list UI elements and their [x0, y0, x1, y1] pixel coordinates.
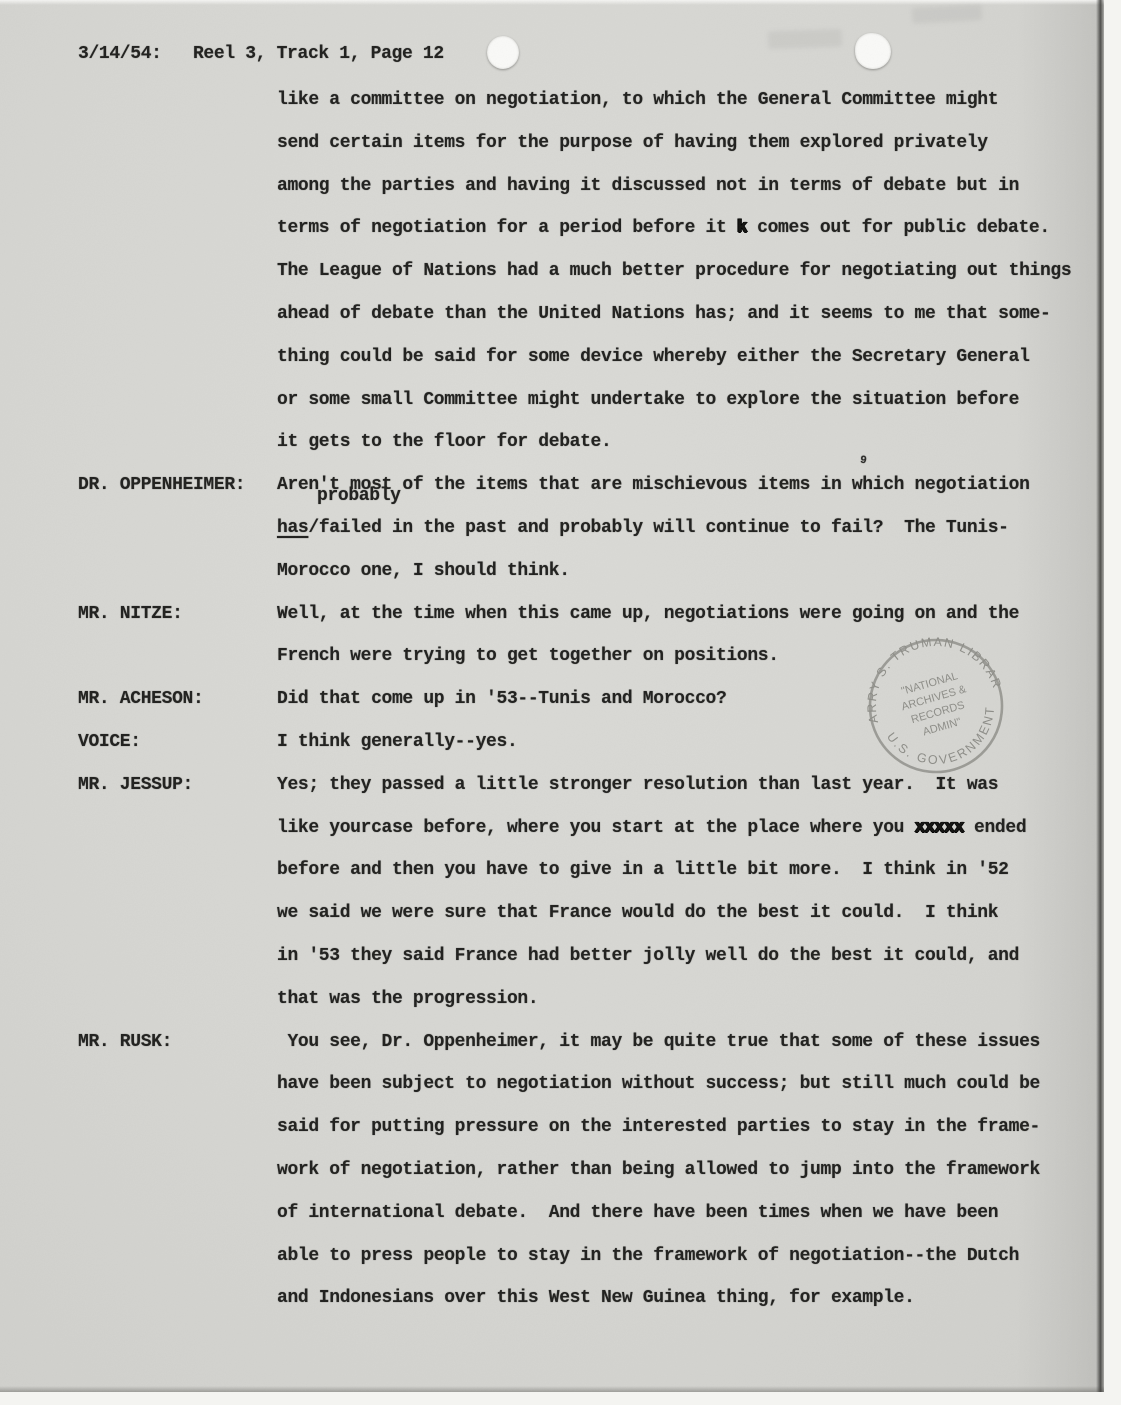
speaker-label-voice: VOICE:: [0, 721, 277, 764]
transcript-line: we said we were sure that France would d…: [277, 892, 1104, 935]
transcript-line: work of negotiation, rather than being a…: [277, 1149, 1104, 1192]
line-segment: ended: [964, 818, 1027, 838]
transcript-line: Aren't most of the items that are mischi…: [277, 464, 1104, 507]
paragraph-rusk: MR. RUSK: You see, Dr. Oppenheimer, it m…: [0, 1021, 1104, 1321]
transcript-line: and Indonesians over this West New Guine…: [277, 1277, 1104, 1320]
scanned-page: 3/14/54: Reel 3, Track 1, Page 12 like a…: [0, 0, 1104, 1392]
line-segment: like yourcase before, where you start at…: [277, 818, 915, 838]
transcript-line: like yourcase before, where you start at…: [277, 807, 1104, 850]
page-right-edge-shadow: [1096, 0, 1104, 1392]
paragraph-oppenheimer: DR. OPPENHEIMER: Aren't most of the item…: [0, 464, 1104, 592]
transcript-line: before and then you have to give in a li…: [277, 849, 1104, 892]
struck-out-letter: k: [737, 218, 747, 238]
speaker-label-rusk: MR. RUSK:: [0, 1021, 277, 1064]
transcript-line: or some small Committee might undertake …: [277, 379, 1104, 422]
transcript-line: like a committee on negotiation, to whic…: [277, 79, 1104, 122]
transcript-line: terms of negotiation for a period before…: [277, 207, 1104, 250]
struck-out-word: xxxxx: [915, 818, 964, 838]
transcript-line: that was the progression.: [277, 978, 1104, 1021]
transcript-line: said for putting pressure on the interes…: [277, 1106, 1104, 1149]
speaker-label-empty: [0, 79, 277, 122]
transcript-line: thing could be said for some device wher…: [277, 336, 1104, 379]
insert-slash: /: [308, 518, 318, 538]
transcript-line: Morocco one, I should think.: [277, 550, 1104, 593]
underlined-word: has: [277, 518, 308, 538]
transcript-line: able to press people to stay in the fram…: [277, 1235, 1104, 1278]
page-bottom-edge-shadow: [0, 1386, 1104, 1392]
interlined-insert: probably: [317, 486, 401, 506]
transcript-line: among the parties and having it discusse…: [277, 165, 1104, 208]
paragraph-jessup: MR. JESSUP: Yes; they passed a little st…: [0, 764, 1104, 1021]
transcript-line: have been subject to negotiation without…: [277, 1063, 1104, 1106]
transcript-line: in '53 they said France had better jolly…: [277, 935, 1104, 978]
speaker-label-oppenheimer: DR. OPPENHEIMER:: [0, 464, 277, 507]
transcript-line: send certain items for the purpose of ha…: [277, 122, 1104, 165]
transcript-line: probablyhas/failed in the past and proba…: [277, 507, 1104, 550]
paragraph-continuation: like a committee on negotiation, to whic…: [0, 79, 1104, 464]
page-header: 3/14/54: Reel 3, Track 1, Page 12: [78, 44, 444, 64]
stray-typed-mark: 9: [859, 455, 867, 468]
transcript-line: The League of Nations had a much better …: [277, 250, 1104, 293]
transcript-line: You see, Dr. Oppenheimer, it may be quit…: [277, 1021, 1104, 1064]
line-segment: comes out for public debate.: [747, 218, 1050, 238]
transcript-line: of international debate. And there have …: [277, 1192, 1104, 1235]
line-segment: terms of negotiation for a period before…: [277, 218, 737, 238]
speaker-label-acheson: MR. ACHESON:: [0, 678, 277, 721]
transcript-line: ahead of debate than the United Nations …: [277, 293, 1104, 336]
speaker-label-jessup: MR. JESSUP:: [0, 764, 277, 807]
speaker-label-nitze: MR. NITZE:: [0, 593, 277, 636]
line-segment: failed in the past and probably will con…: [319, 518, 1009, 538]
transcript-line: it gets to the floor for debate.: [277, 421, 1104, 464]
